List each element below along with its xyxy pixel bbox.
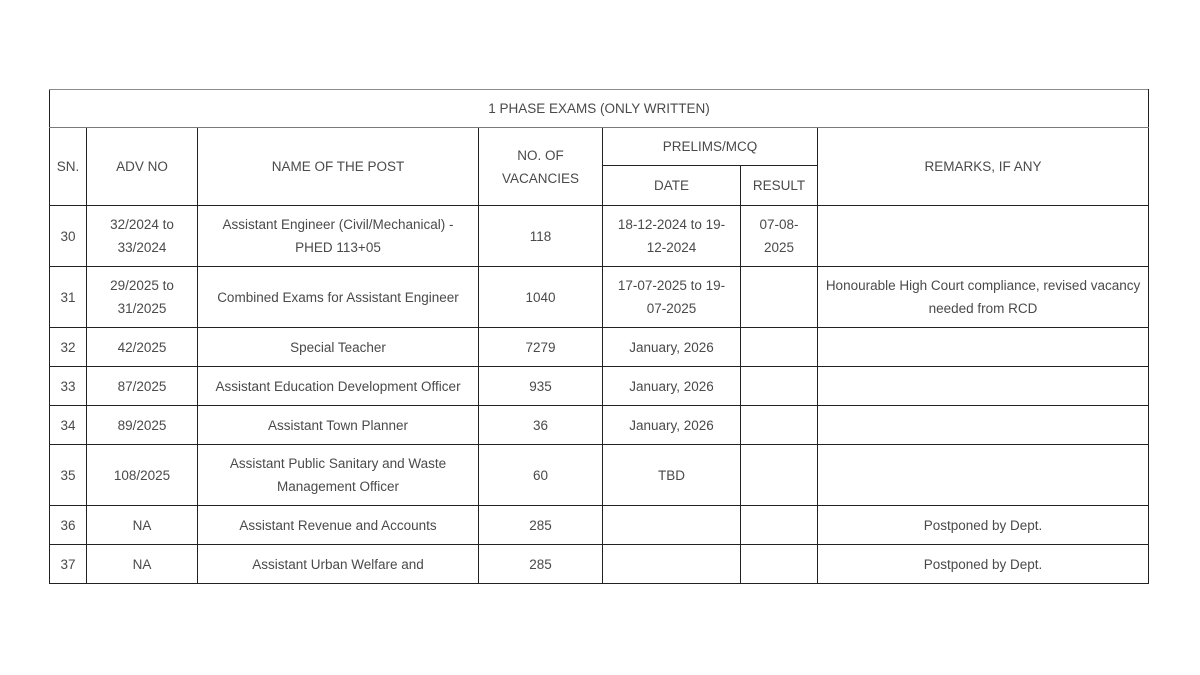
exam-schedule-container: 1 PHASE EXAMS (ONLY WRITTEN) SN. ADV NO … [49,89,1148,584]
cell-adv-no: NA [87,545,198,584]
cell-remarks [818,367,1149,406]
cell-remarks [818,445,1149,506]
cell-adv-no: 89/2025 [87,406,198,445]
cell-result [741,545,818,584]
cell-result [741,267,818,328]
table-row: 37NAAssistant Urban Welfare and285Postpo… [50,545,1149,584]
table-row: 3489/2025Assistant Town Planner36January… [50,406,1149,445]
cell-remarks [818,328,1149,367]
table-body: 3032/2024 to 33/2024Assistant Engineer (… [50,206,1149,584]
table-row: 3387/2025Assistant Education Development… [50,367,1149,406]
cell-vacancies: 935 [479,367,603,406]
cell-result [741,367,818,406]
header-remarks: REMARKS, IF ANY [818,128,1149,206]
cell-result: 07-08-2025 [741,206,818,267]
cell-post: Assistant Engineer (Civil/Mechanical) - … [198,206,479,267]
cell-date [603,545,741,584]
header-vacancies: NO. OF VACANCIES [479,128,603,206]
cell-remarks [818,206,1149,267]
cell-post: Assistant Education Development Officer [198,367,479,406]
cell-sn: 32 [50,328,87,367]
cell-date: 18-12-2024 to 19-12-2024 [603,206,741,267]
cell-post: Combined Exams for Assistant Engineer [198,267,479,328]
table-row: 36NAAssistant Revenue and Accounts285Pos… [50,506,1149,545]
cell-sn: 31 [50,267,87,328]
cell-date: TBD [603,445,741,506]
header-date: DATE [603,166,741,206]
cell-result [741,445,818,506]
cell-sn: 36 [50,506,87,545]
cell-remarks: Postponed by Dept. [818,506,1149,545]
cell-remarks [818,406,1149,445]
header-adv-no: ADV NO [87,128,198,206]
cell-vacancies: 60 [479,445,603,506]
cell-sn: 37 [50,545,87,584]
cell-post: Special Teacher [198,328,479,367]
header-post: NAME OF THE POST [198,128,479,206]
cell-post: Assistant Revenue and Accounts [198,506,479,545]
cell-vacancies: 285 [479,506,603,545]
cell-date: January, 2026 [603,328,741,367]
cell-date [603,506,741,545]
cell-vacancies: 1040 [479,267,603,328]
cell-vacancies: 36 [479,406,603,445]
cell-vacancies: 7279 [479,328,603,367]
table-row: 3032/2024 to 33/2024Assistant Engineer (… [50,206,1149,267]
cell-date: January, 2026 [603,367,741,406]
cell-adv-no: 87/2025 [87,367,198,406]
table-title: 1 PHASE EXAMS (ONLY WRITTEN) [50,90,1149,128]
header-row: SN. ADV NO NAME OF THE POST NO. OF VACAN… [50,128,1149,166]
cell-date: 17-07-2025 to 19-07-2025 [603,267,741,328]
table-row: 3129/2025 to 31/2025Combined Exams for A… [50,267,1149,328]
cell-post: Assistant Town Planner [198,406,479,445]
cell-adv-no: 32/2024 to 33/2024 [87,206,198,267]
cell-result [741,406,818,445]
cell-sn: 30 [50,206,87,267]
cell-vacancies: 118 [479,206,603,267]
cell-vacancies: 285 [479,545,603,584]
cell-post: Assistant Public Sanitary and Waste Mana… [198,445,479,506]
cell-date: January, 2026 [603,406,741,445]
cell-remarks: Honourable High Court compliance, revise… [818,267,1149,328]
cell-result [741,506,818,545]
header-sn: SN. [50,128,87,206]
table-row: 35108/2025Assistant Public Sanitary and … [50,445,1149,506]
cell-adv-no: NA [87,506,198,545]
cell-adv-no: 42/2025 [87,328,198,367]
cell-sn: 33 [50,367,87,406]
cell-sn: 34 [50,406,87,445]
cell-remarks: Postponed by Dept. [818,545,1149,584]
cell-sn: 35 [50,445,87,506]
table-row: 3242/2025Special Teacher7279January, 202… [50,328,1149,367]
table-title-row: 1 PHASE EXAMS (ONLY WRITTEN) [50,90,1149,128]
exam-schedule-table: 1 PHASE EXAMS (ONLY WRITTEN) SN. ADV NO … [49,89,1149,584]
header-prelims-group: PRELIMS/MCQ [603,128,818,166]
cell-adv-no: 29/2025 to 31/2025 [87,267,198,328]
cell-post: Assistant Urban Welfare and [198,545,479,584]
cell-adv-no: 108/2025 [87,445,198,506]
header-result: RESULT [741,166,818,206]
cell-result [741,328,818,367]
